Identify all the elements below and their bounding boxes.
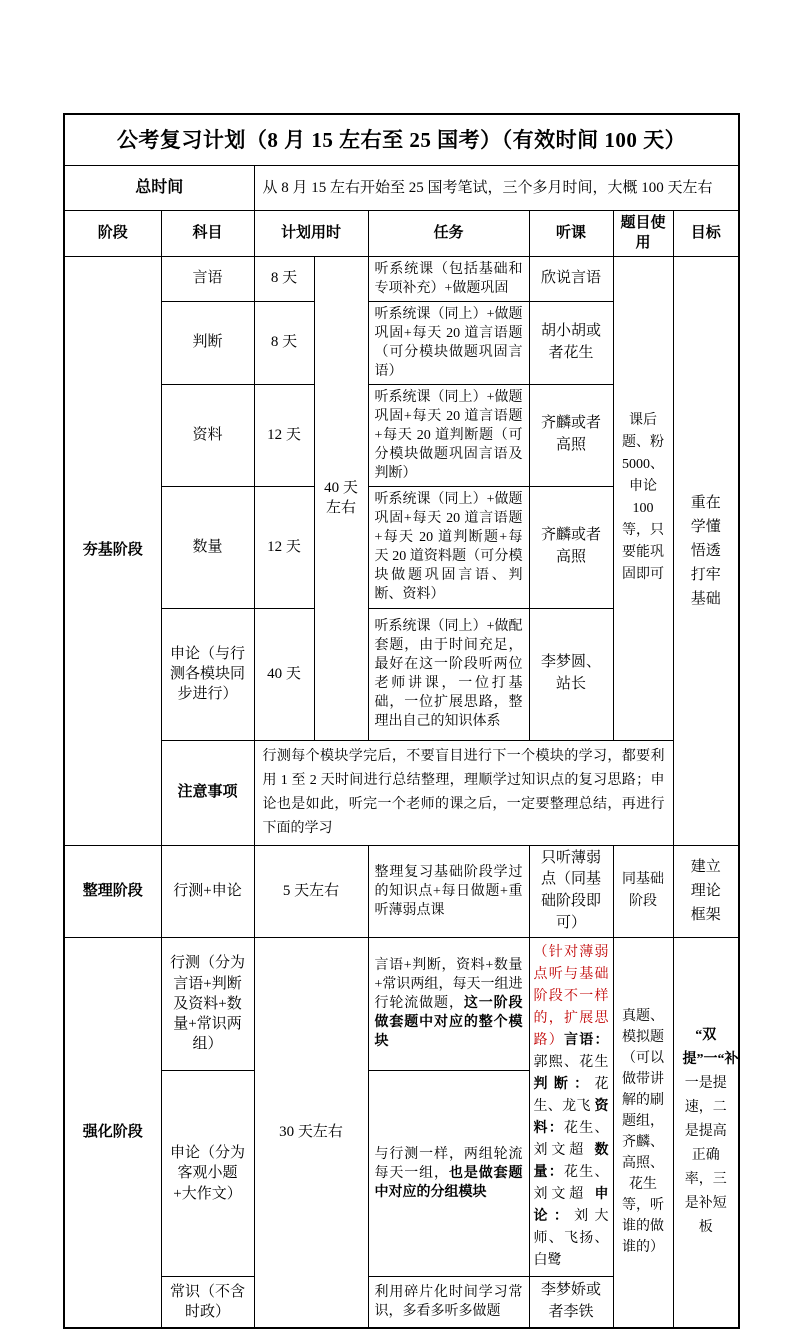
- header-stage: 阶段: [64, 211, 161, 257]
- header-planned-time: 计划用时: [254, 211, 368, 257]
- time-cell: 12 天: [254, 486, 314, 608]
- listen-label: 言语：: [564, 1033, 609, 1048]
- task-cell: 与行测一样，两组轮流每天一组，也是做套题中对应的分组模块: [368, 1071, 529, 1276]
- time-cell: 12 天: [254, 384, 314, 486]
- subject-cell: 资料: [161, 384, 254, 486]
- foundation-goal: 重在学懂悟透打牢基础: [673, 256, 739, 845]
- stage-foundation-label: 夯基阶段: [64, 256, 161, 845]
- table-title: 公考复习计划（8 月 15 左右至 25 国考）（有效时间 100 天）: [64, 114, 739, 166]
- task-cell: 利用碎片化时间学习常识，多看多听多做题: [368, 1276, 529, 1328]
- header-goal: 目标: [673, 211, 739, 257]
- subject-cell: 申论（与行测各模块同步进行）: [161, 608, 254, 740]
- time-cell: 8 天: [254, 301, 314, 384]
- organize-question-use: 同基础阶段: [613, 845, 673, 937]
- subject-cell: 申论（分为客观小题+大作文）: [161, 1071, 254, 1276]
- strengthen-goal: “双提”一“补”：一是提速，二是提高正确率，三是补短板: [673, 937, 739, 1328]
- strengthen-question-use: 真题、模拟题（可以做带讲解的刷题组，齐麟、高照、花生等，听谁的做谁的）: [613, 937, 673, 1328]
- time-cell: 5 天左右: [254, 845, 368, 937]
- foundation-overall-duration: 40 天左右: [314, 256, 368, 740]
- listen-cell: 齐麟或者高照: [529, 384, 613, 486]
- strengthen-listen-cell: （针对薄弱点听与基础阶段不一样的，扩展思路）言语：郭熙、花生 判断：花生、龙飞 …: [529, 937, 613, 1276]
- stage-strengthen-label: 强化阶段: [64, 937, 161, 1328]
- listen-cell: 欣说言语: [529, 256, 613, 301]
- task-cell: 听系统课（同上）+做题巩固+每天 20 道言语题（可分模块做题巩固言语）: [368, 301, 529, 384]
- subject-cell: 行测（分为言语+判断及资料+数量+常识两组）: [161, 937, 254, 1071]
- subject-cell: 数量: [161, 486, 254, 608]
- goal-bold: “双提”一“补”: [683, 1028, 740, 1067]
- strengthen-time: 30 天左右: [254, 937, 368, 1328]
- notes-label: 注意事项: [161, 740, 254, 845]
- subject-cell: 常识（不含时政）: [161, 1276, 254, 1328]
- task-cell: 整理复习基础阶段学过的知识点+每日做题+重听薄弱点课: [368, 845, 529, 937]
- organize-goal: 建立理论框架: [673, 845, 739, 937]
- subject-cell: 判断: [161, 301, 254, 384]
- task-cell: 听系统课（同上）+做题巩固+每天 20 道言语题+每天 20 道判断题+每天 2…: [368, 486, 529, 608]
- notes-content: 行测每个模块学完后，不要盲目进行下一个模块的学习，都要利用 1 至 2 天时间进…: [254, 740, 673, 845]
- header-subject: 科目: [161, 211, 254, 257]
- foundation-question-use: 课后题、粉 5000、申论 100 等，只要能巩固即可: [613, 256, 673, 740]
- header-listening: 听课: [529, 211, 613, 257]
- total-time-label: 总时间: [64, 166, 254, 211]
- task-cell: 言语+判断，资料+数量+常识两组，每天一组进行轮流做题，这一阶段做套题中对应的整…: [368, 937, 529, 1071]
- study-plan-table: 公考复习计划（8 月 15 左右至 25 国考）（有效时间 100 天） 总时间…: [63, 113, 740, 1329]
- subject-cell: 行测+申论: [161, 845, 254, 937]
- listen-label: 判断：: [534, 1077, 595, 1092]
- listen-cell: 齐麟或者高照: [529, 486, 613, 608]
- listen-cell: 只听薄弱点（同基础阶段即可）: [529, 845, 613, 937]
- header-question-use: 题目使用: [613, 211, 673, 257]
- listen-cell: 胡小胡或者花生: [529, 301, 613, 384]
- task-cell: 听系统课（包括基础和专项补充）+做题巩固: [368, 256, 529, 301]
- task-cell: 听系统课（同上）+做题巩固+每天 20 道言语题+每天 20 道判断题（可分模块…: [368, 384, 529, 486]
- subject-cell: 言语: [161, 256, 254, 301]
- header-task: 任务: [368, 211, 529, 257]
- time-cell: 40 天: [254, 608, 314, 740]
- total-time-value: 从 8 月 15 左右开始至 25 国考笔试，三个多月时间，大概 100 天左右: [254, 166, 739, 211]
- listen-cell: 李梦娇或者李铁: [529, 1276, 613, 1328]
- page: 公考复习计划（8 月 15 左右至 25 国考）（有效时间 100 天） 总时间…: [0, 0, 800, 1253]
- task-text: 利用碎片化时间学习常识，多看多听多做题: [375, 1285, 523, 1319]
- stage-organize-label: 整理阶段: [64, 845, 161, 937]
- task-cell: 听系统课（同上）+做配套题，由于时间充足，最好在这一阶段听两位老师讲课，一位打基…: [368, 608, 529, 740]
- listen-cell: 李梦圆、站长: [529, 608, 613, 740]
- goal-rest: ：一是提速，二是提高正确率，三是补短板: [685, 1052, 739, 1235]
- time-cell: 8 天: [254, 256, 314, 301]
- listen-value: 郭熙、花生: [534, 1055, 609, 1070]
